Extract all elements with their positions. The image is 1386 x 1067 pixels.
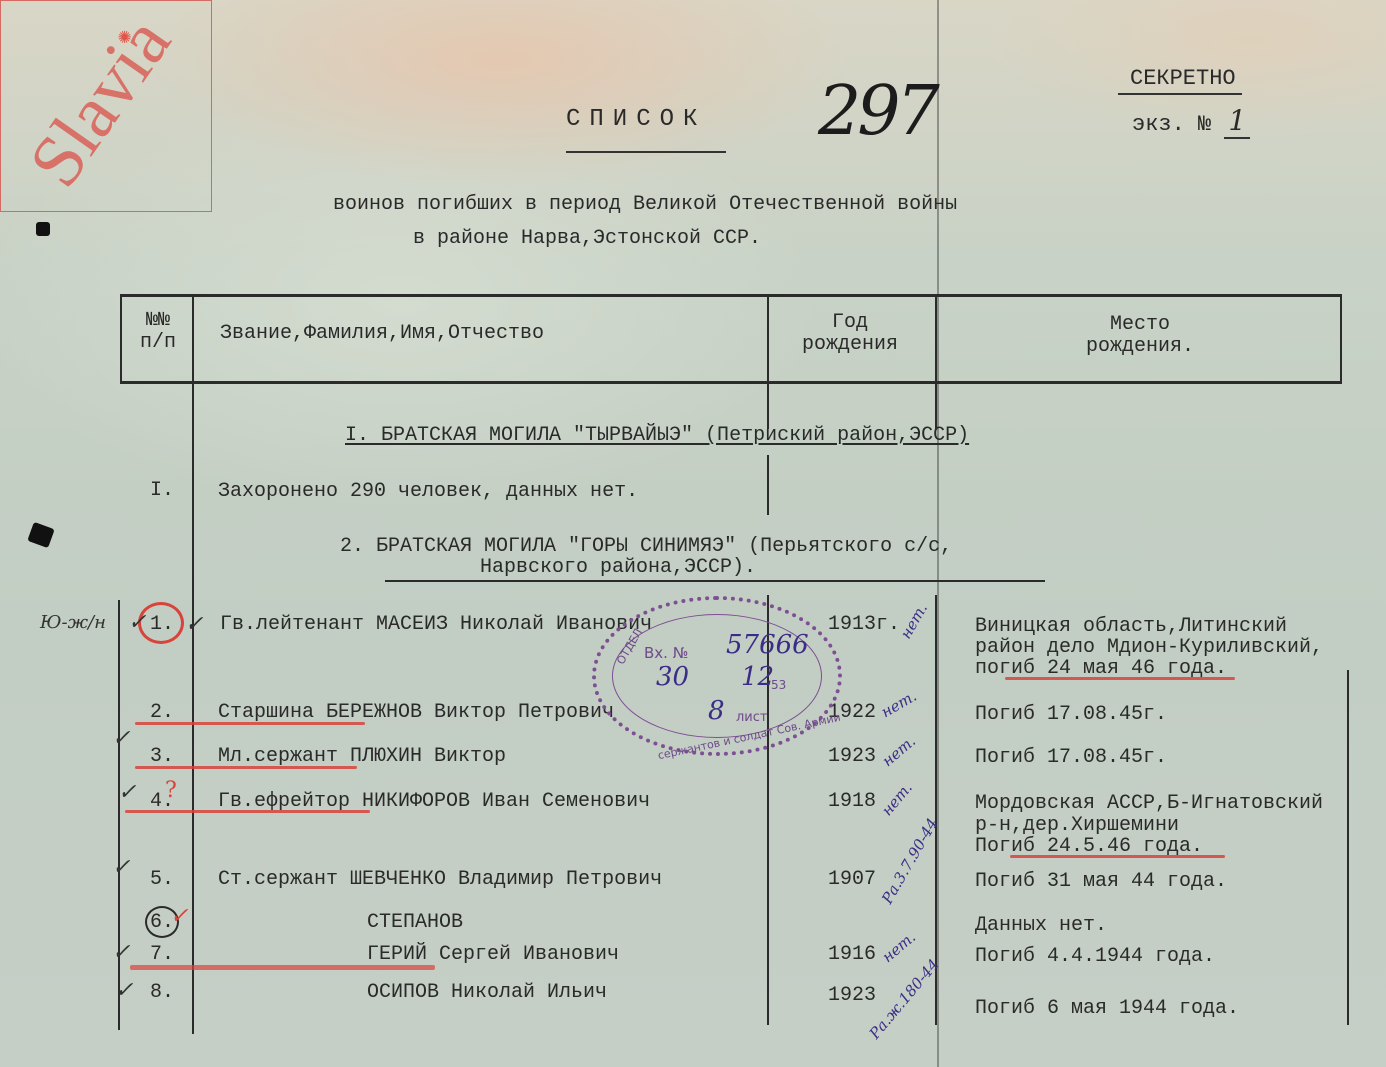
row-6-name: СТЕПАНОВ [367, 912, 463, 933]
row-7-year: 1916 [828, 944, 876, 965]
row-4-place-line-3: Погиб 24.5.46 года. [975, 836, 1203, 857]
row-7-annotation: нет. [879, 928, 919, 966]
table-header-border [120, 381, 1342, 384]
subtitle-line-2: в районе Нарва,Эстонской ССР. [413, 227, 761, 250]
row-8-annotation: Ра.ж.180-44 [866, 956, 943, 1043]
row-4-place-line-2: р-н,дер.Хиршемини [975, 815, 1179, 836]
row-5-annotation: Ра.3.7.90-44 [878, 815, 941, 907]
column-header-name: Звание,Фамилия,Имя,Отчество [220, 323, 544, 344]
row-4-place-line-1: Мордовская АССР,Б-Игнатовский [975, 793, 1323, 814]
section-title-2-underline [385, 580, 1045, 582]
row-3-annotation: нет. [879, 732, 919, 770]
table-right-border [1340, 294, 1342, 384]
row-7-red-underline [130, 965, 435, 970]
handwritten-number: 297 [818, 72, 936, 151]
check-mark-row-6: ✓ [170, 904, 188, 929]
row-5-year: 1907 [828, 869, 876, 890]
row-4-place-red-underline [1010, 855, 1225, 858]
row-6-place: Данных нет. [975, 915, 1107, 936]
stamp-date-day: 30 [656, 662, 689, 692]
column-header-number: №№ п/п [128, 310, 188, 354]
table-right-border-lower [1347, 670, 1349, 1025]
row-2-name: Старшина БЕРЕЖНОВ Виктор Петрович [218, 702, 614, 723]
copy-number-line: экз. № 1 [1132, 104, 1250, 137]
classification-underline [1118, 93, 1242, 95]
row-3-red-underline [135, 766, 357, 769]
row-8-number: 8. [150, 982, 174, 1003]
check-mark-row-1: ✓ [128, 610, 146, 635]
row-2-number: 2. [150, 702, 174, 723]
row-1-red-underline [1005, 677, 1235, 680]
table-left-border [120, 294, 122, 384]
table-left-outer [118, 600, 120, 1030]
row-name: Захоронено 290 человек, данных нет. [218, 481, 638, 502]
punch-hole-middle [27, 522, 55, 548]
check-mark-row-2: ✓ [112, 726, 130, 751]
row-1-annotation: нет. [897, 600, 931, 642]
row-5-number: 5. [150, 869, 174, 890]
copy-number: 1 [1224, 104, 1250, 139]
check-mark-row-4: ✓ [118, 780, 136, 805]
section-title-2-line-2: Нарвского района,ЭССР). [480, 557, 756, 578]
table-top-border [120, 294, 1342, 297]
row-8-place: Погиб 6 мая 1944 года. [975, 998, 1239, 1019]
column-divider-2 [767, 294, 769, 429]
stamp-sheets: 8 [708, 696, 725, 726]
row-1-place-line-3: погиб 24 мая 46 года. [975, 658, 1227, 679]
row-1-name: Гв.лейтенант МАСЕИЗ Николай Иванович [220, 614, 652, 635]
row-8-year: 1923 [828, 985, 876, 1006]
section-title-2-line-1: 2. БРАТСКАЯ МОГИЛА "ГОРЫ СИНИМЯЭ" (Перья… [340, 536, 952, 557]
registration-stamp: ОТДЕЛ Вх. № 57666 30 12 53 8 лист сержан… [592, 596, 842, 756]
subtitle-line-1: воинов погибших в период Великой Отечест… [333, 193, 957, 216]
margin-note: Ю-ж/н [40, 612, 106, 633]
row-4-name: Гв.ефрейтор НИКИФОРОВ Иван Семенович [218, 791, 650, 812]
row-5-name: Ст.сержант ШЕВЧЕНКО Владимир Петрович [218, 869, 662, 890]
row-3-place: Погиб 17.08.45г. [975, 747, 1167, 768]
check-mark-row-7: ✓ [112, 940, 130, 965]
stamp-in-number: 57666 [726, 630, 809, 660]
row-2-red-underline [135, 722, 365, 725]
row-1-place-line-2: район дело Мдион-Куриливский, [975, 637, 1323, 658]
row-number: I. [150, 480, 174, 501]
column-divider-2b [767, 455, 769, 515]
copy-label: экз. № [1132, 112, 1211, 137]
column-header-birthplace: Место рождения. [940, 314, 1340, 358]
column-divider-1 [192, 294, 194, 1034]
section-title-1: I. БРАТСКАЯ МОГИЛА "ТЫРВАЙЫЭ" (Петриский… [345, 425, 969, 446]
row-4-year: 1918 [828, 791, 876, 812]
row-4-annotation: нет. [878, 779, 916, 819]
row-3-number: 3. [150, 746, 174, 767]
classification-label: СЕКРЕТНО [1130, 66, 1236, 91]
row-3-name: Мл.сержант ПЛЮХИН Виктор [218, 746, 506, 767]
row-2-annotation: нет. [878, 687, 920, 721]
row-1-place-line-1: Виницкая область,Литинский [975, 616, 1287, 637]
column-header-birth-year: Год рождения [770, 312, 930, 356]
stamp-date-month: 12 [741, 662, 774, 692]
row-4-question-mark: ? [165, 778, 177, 803]
row-7-number: 7. [150, 944, 174, 965]
row-2-place: Погиб 17.08.45г. [975, 704, 1167, 725]
row-4-red-underline [125, 810, 370, 813]
punch-hole-top [36, 222, 50, 236]
row-8-name: ОСИПОВ Николай Ильич [367, 982, 607, 1003]
row-5-place: Погиб 31 мая 44 года. [975, 871, 1227, 892]
stamp-in-label: Вх. № [644, 644, 688, 662]
document-title: СПИСОК [566, 106, 706, 133]
paper-fold-line [937, 0, 939, 1067]
stamp-sheets-label: лист [736, 710, 767, 725]
row-7-name: ГЕРИЙ Сергей Иванович [367, 944, 619, 965]
check-mark-row-5: ✓ [112, 855, 130, 880]
column-divider-3 [935, 294, 937, 429]
stamp-date-year: 53 [771, 678, 786, 692]
check-mark-row-8: ✓ [115, 978, 133, 1003]
title-underline [566, 151, 726, 153]
row-3-year: 1923 [828, 746, 876, 767]
row-7-place: Погиб 4.4.1944 года. [975, 946, 1215, 967]
check-mark-row-1b: ✓ [185, 612, 203, 637]
row-1-year: 1913г. [828, 614, 900, 635]
